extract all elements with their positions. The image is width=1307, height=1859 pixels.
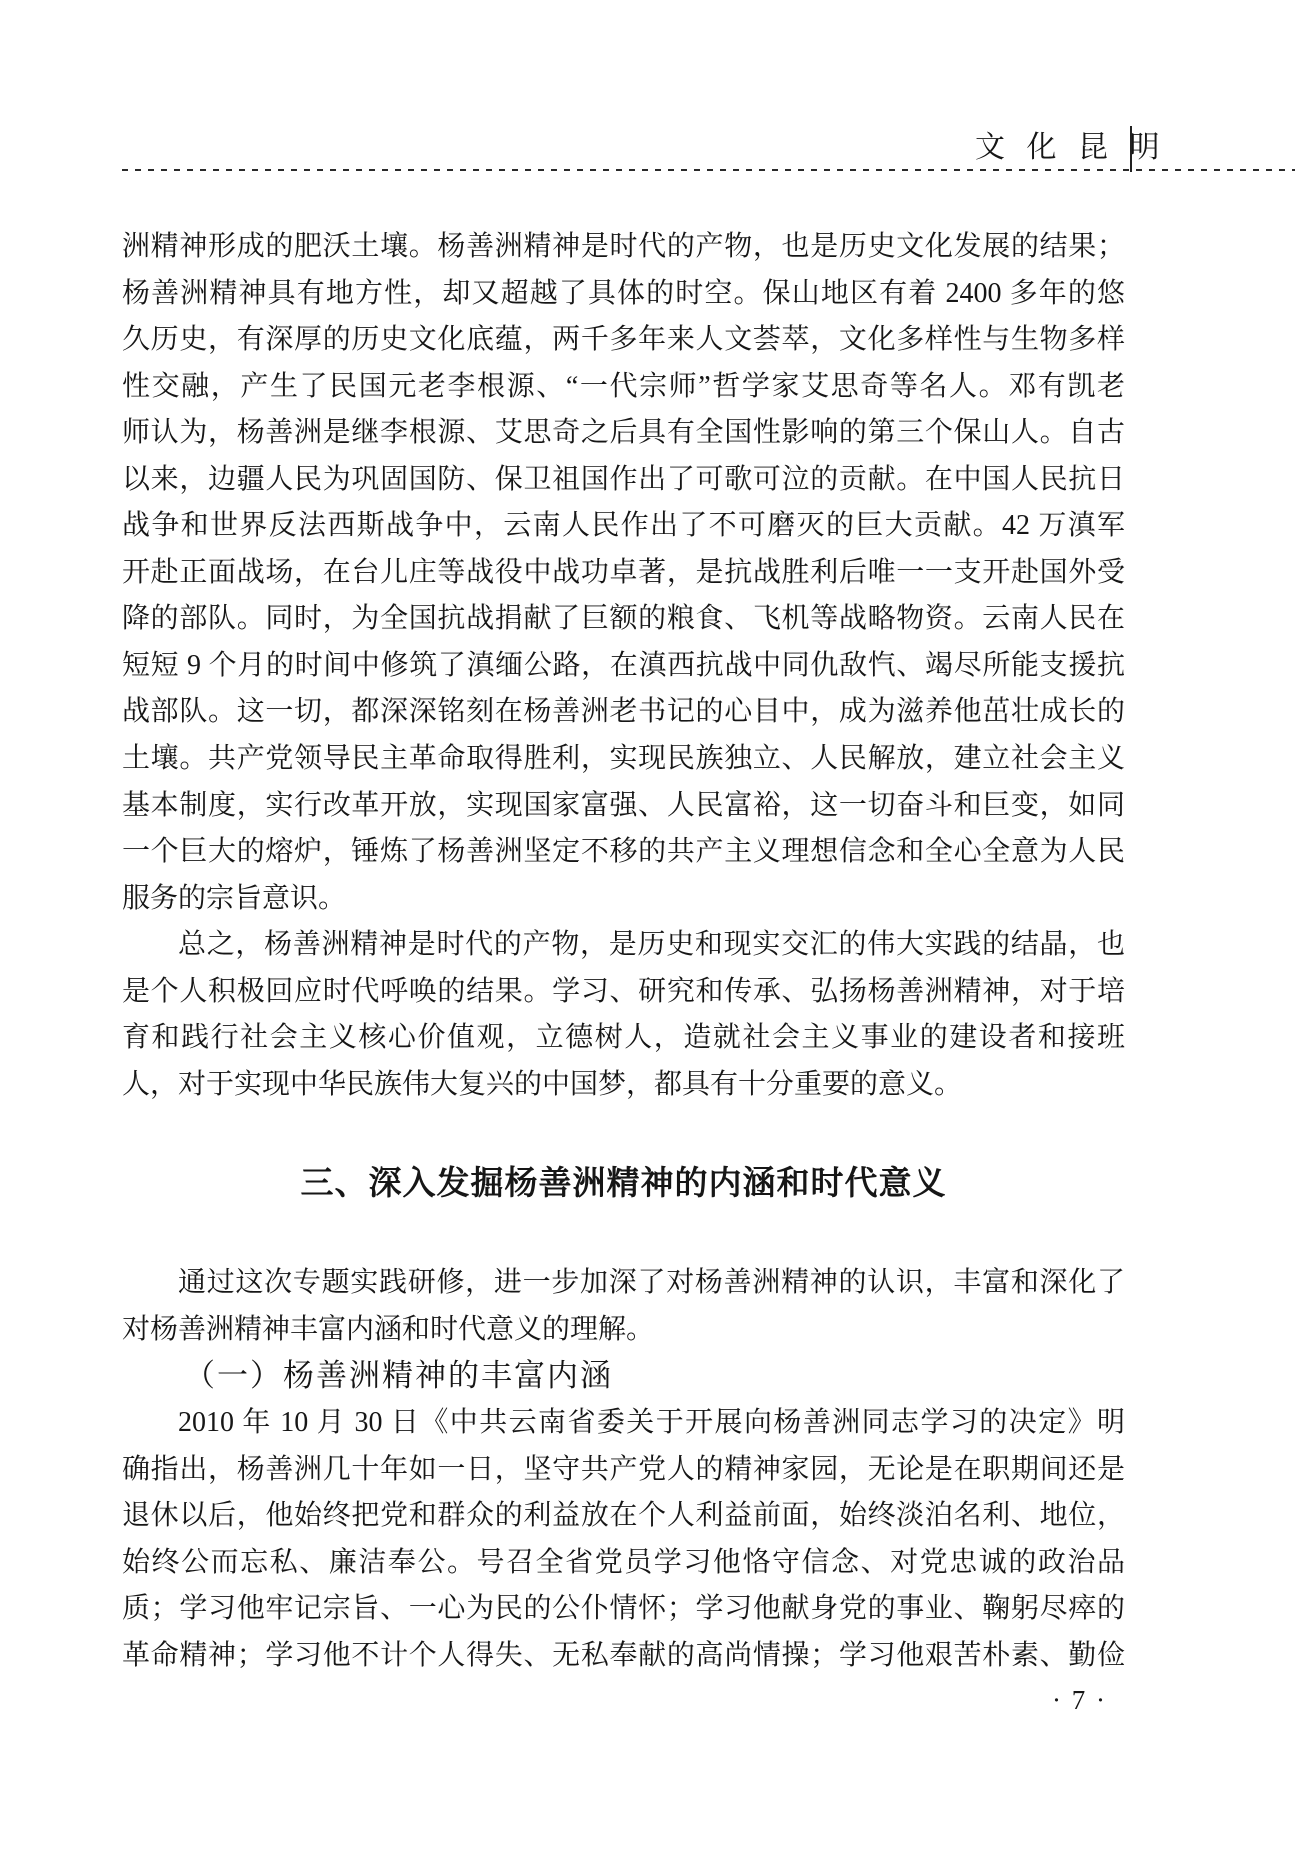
text-line: 战部队。这一切，都深深铭刻在杨善洲老书记的心目中，成为滋养他茁壮成长的 [122,689,1125,736]
section-heading-three: 三、深入发掘杨善洲精神的内涵和时代意义 [122,1158,1125,1208]
sub-heading-one: （一）杨善洲精神的丰富内涵 [122,1353,1125,1400]
text-line: 洲精神形成的肥沃土壤。杨善洲精神是时代的产物，也是历史文化发展的结果； [122,224,1125,271]
text-line: 性交融，产生了民国元老李根源、“一代宗师”哲学家艾思奇等名人。邓有凯老 [122,364,1125,411]
header-vertical-rule [1130,126,1132,172]
text-line: 短短 9 个月的时间中修筑了滇缅公路，在滇西抗战中同仇敌忾、竭尽所能支援抗 [122,643,1125,690]
text-line: 质；学习他牢记宗旨、一心为民的公仆情怀；学习他献身党的事业、鞠躬尽瘁的 [122,1586,1125,1633]
text-line: 久历史，有深厚的历史文化底蕴，两千多年来人文荟萃，文化多样性与生物多样 [122,317,1125,364]
text-line: 育和践行社会主义核心价值观，立德树人，造就社会主义事业的建设者和接班 [122,1015,1125,1062]
text-line: 2010 年 10 月 30 日《中共云南省委关于开展向杨善洲同志学习的决定》明 [122,1400,1125,1447]
text-line: 确指出，杨善洲几十年如一日，坚守共产党人的精神家园，无论是在职期间还是 [122,1447,1125,1494]
text-line: 服务的宗旨意识。 [122,876,1125,923]
text-line: 总之，杨善洲精神是时代的产物，是历史和现实交汇的伟大实践的结晶，也 [122,922,1125,969]
paragraph-decision: 2010 年 10 月 30 日《中共云南省委关于开展向杨善洲同志学习的决定》明… [122,1400,1125,1679]
text-line: 降的部队。同时，为全国抗战捐献了巨额的粮食、飞机等战略物资。云南人民在 [122,596,1125,643]
paragraph-summary: 总之，杨善洲精神是时代的产物，是历史和现实交汇的伟大实践的结晶，也是个人积极回应… [122,922,1125,1108]
text-line: 战争和世界反法西斯战争中，云南人民作出了不可磨灭的巨大贡献。42 万滇军 [122,503,1125,550]
text-line: 师认为，杨善洲是继李根源、艾思奇之后具有全国性影响的第三个保山人。自古 [122,410,1125,457]
text-line: 是个人积极回应时代呼唤的结果。学习、研究和传承、弘扬杨善洲精神，对于培 [122,969,1125,1016]
text-line: 基本制度，实行改革开放，实现国家富强、人民富裕，这一切奋斗和巨变，如同 [122,783,1125,830]
running-header-title: 文 化 昆 明 [975,130,1167,166]
text-line: 杨善洲精神具有地方性，却又超越了具体的时空。保山地区有着 2400 多年的悠 [122,271,1125,318]
text-line: 始终公而忘私、廉洁奉公。号召全省党员学习他恪守信念、对党忠诚的政治品 [122,1540,1125,1587]
page-body: 洲精神形成的肥沃土壤。杨善洲精神是时代的产物，也是历史文化发展的结果；杨善洲精神… [122,224,1125,1679]
text-line: 对杨善洲精神丰富内涵和时代意义的理解。 [122,1307,1125,1354]
header-dashed-rule [122,169,1295,171]
text-line: 退休以后，他始终把党和群众的利益放在个人利益前面，始终淡泊名利、地位， [122,1493,1125,1540]
text-line: 土壤。共产党领导民主革命取得胜利，实现民族独立、人民解放，建立社会主义 [122,736,1125,783]
text-line: 开赴正面战场，在台儿庄等战役中战功卓著，是抗战胜利后唯一一支开赴国外受 [122,550,1125,597]
text-line: 通过这次专题实践研修，进一步加深了对杨善洲精神的认识，丰富和深化了 [122,1260,1125,1307]
document-page: 文 化 昆 明 洲精神形成的肥沃土壤。杨善洲精神是时代的产物，也是历史文化发展的… [0,0,1307,1859]
text-line: 革命精神；学习他不计个人得失、无私奉献的高尚情操；学习他艰苦朴素、勤俭 [122,1633,1125,1680]
paragraph-intro: 通过这次专题实践研修，进一步加深了对杨善洲精神的认识，丰富和深化了对杨善洲精神丰… [122,1260,1125,1353]
text-line: 人，对于实现中华民族伟大复兴的中国梦，都具有十分重要的意义。 [122,1062,1125,1109]
paragraph-history-context: 洲精神形成的肥沃土壤。杨善洲精神是时代的产物，也是历史文化发展的结果；杨善洲精神… [122,224,1125,922]
text-line: 一个巨大的熔炉，锤炼了杨善洲坚定不移的共产主义理想信念和全心全意为人民 [122,829,1125,876]
page-number: · 7 · [1052,1682,1107,1718]
text-line: 以来，边疆人民为巩固国防、保卫祖国作出了可歌可泣的贡献。在中国人民抗日 [122,457,1125,504]
